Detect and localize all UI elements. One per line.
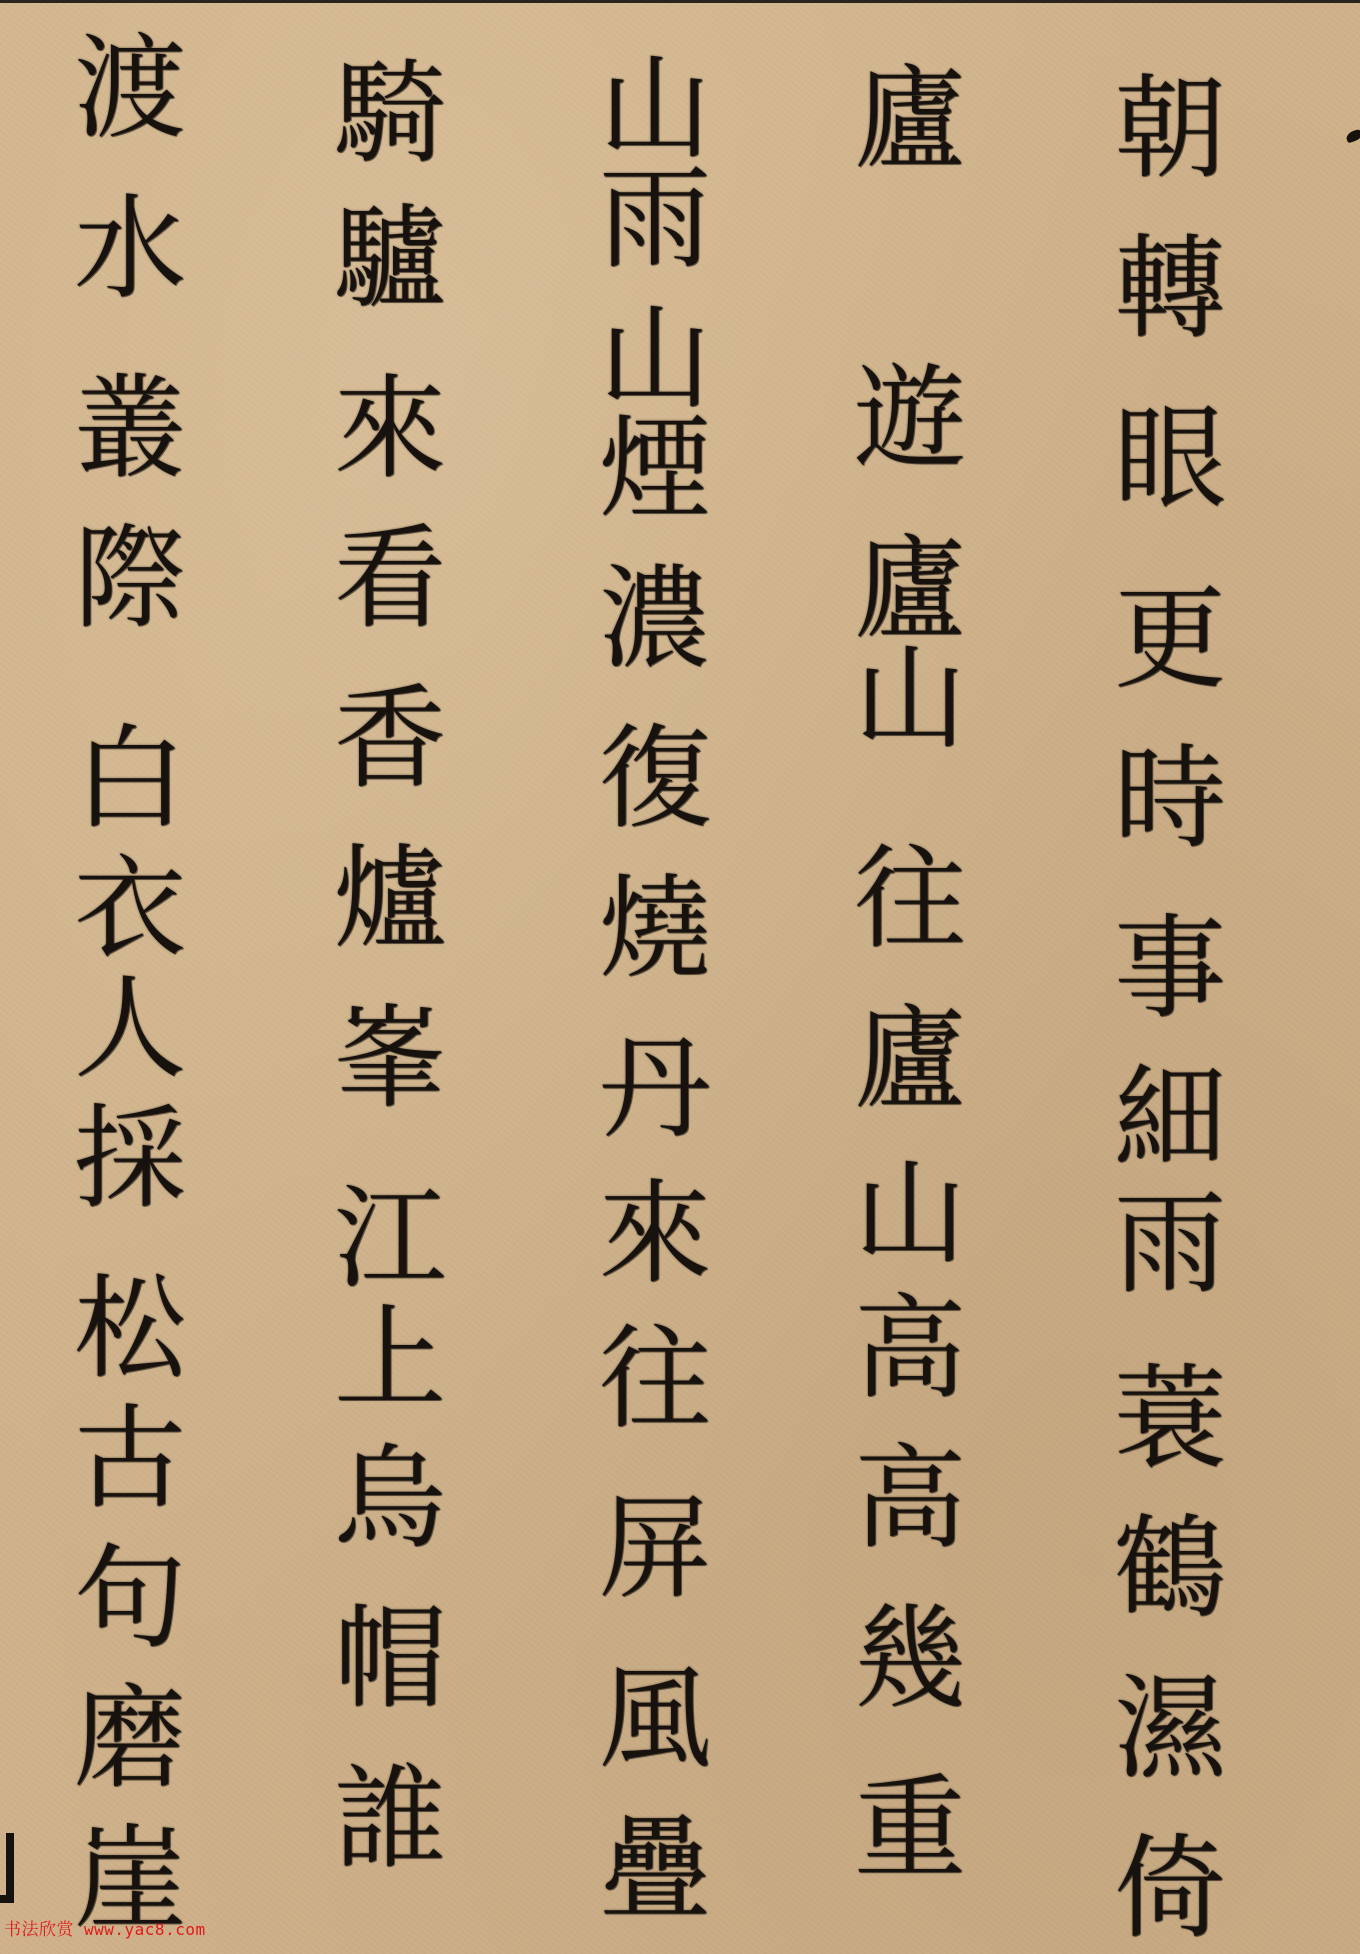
calligraphy-character: 山 xyxy=(825,643,995,755)
calligraphy-character: 廬 xyxy=(825,533,995,645)
calligraphy-character: 磨 xyxy=(45,1683,215,1795)
calligraphy-character: 烏 xyxy=(305,1443,475,1555)
calligraphy-character: 轉 xyxy=(1085,233,1255,345)
calligraphy-character: 事 xyxy=(1085,913,1255,1025)
calligraphy-character: 山 xyxy=(570,303,740,415)
calligraphy-character: 叢 xyxy=(45,373,215,485)
calligraphy-character: 廬 xyxy=(825,63,995,175)
calligraphy-character: 上 xyxy=(305,1303,475,1415)
calligraphy-character: 句 xyxy=(45,1543,215,1655)
calligraphy-character: 來 xyxy=(570,1178,740,1290)
calligraphy-character: 風 xyxy=(570,1663,740,1775)
text-column-4: 騎驢來看香爐峯江上烏帽誰 xyxy=(305,3,475,1954)
partial-character-left-edge xyxy=(0,1833,14,1903)
calligraphy-character: 細 xyxy=(1085,1063,1255,1175)
calligraphy-character: 江 xyxy=(305,1183,475,1295)
calligraphy-character: 香 xyxy=(305,683,475,795)
calligraphy-character: 山 xyxy=(825,1158,995,1270)
text-column-1: 朝轉眼更時事細雨蓑鶴濕倚 xyxy=(1085,3,1255,1954)
calligraphy-character: 煙 xyxy=(570,413,740,525)
calligraphy-character: 誰 xyxy=(305,1763,475,1875)
calligraphy-character: 朝 xyxy=(1085,73,1255,185)
calligraphy-character: 峯 xyxy=(305,1003,475,1115)
calligraphy-character: 渡 xyxy=(45,33,215,145)
calligraphy-character: 復 xyxy=(570,723,740,835)
calligraphy-character: 來 xyxy=(305,373,475,485)
calligraphy-character: 爐 xyxy=(305,843,475,955)
calligraphy-character: 重 xyxy=(825,1773,995,1885)
calligraphy-character: 往 xyxy=(570,1323,740,1435)
calligraphy-character: 驢 xyxy=(305,203,475,315)
calligraphy-character: 更 xyxy=(1085,583,1255,695)
calligraphy-character: 雨 xyxy=(1085,1188,1255,1300)
calligraphy-character: 幾 xyxy=(825,1603,995,1715)
calligraphy-character: 古 xyxy=(45,1403,215,1515)
calligraphy-character: 帽 xyxy=(305,1603,475,1715)
calligraphy-scroll: 朝轉眼更時事細雨蓑鶴濕倚廬遊廬山往廬山高高幾重山雨山煙濃復燒丹來往屏風疊騎驢來看… xyxy=(0,0,1360,1954)
calligraphy-character: 看 xyxy=(305,523,475,635)
calligraphy-character: 遊 xyxy=(825,363,995,475)
calligraphy-character: 山 xyxy=(570,53,740,165)
calligraphy-character: 廬 xyxy=(825,1003,995,1115)
calligraphy-character: 丹 xyxy=(570,1033,740,1145)
calligraphy-character: 雨 xyxy=(570,163,740,275)
calligraphy-character: 高 xyxy=(825,1293,995,1405)
calligraphy-character: 倚 xyxy=(1085,1833,1255,1945)
watermark: 书法欣赏www.yac8.com xyxy=(4,1915,206,1940)
watermark-url[interactable]: www.yac8.com xyxy=(84,1920,206,1939)
calligraphy-character: 眼 xyxy=(1085,403,1255,515)
text-column-3: 山雨山煙濃復燒丹來往屏風疊 xyxy=(570,3,740,1954)
calligraphy-character: 往 xyxy=(825,843,995,955)
text-column-5: 渡水叢際白衣人採松古句磨崖 xyxy=(45,3,215,1954)
calligraphy-character: 騎 xyxy=(305,58,475,170)
calligraphy-character: 鶴 xyxy=(1085,1513,1255,1625)
calligraphy-character: 屏 xyxy=(570,1493,740,1605)
watermark-label: 书法欣赏 xyxy=(4,1920,74,1940)
text-column-2: 廬遊廬山往廬山高高幾重 xyxy=(825,3,995,1954)
calligraphy-character: 燒 xyxy=(570,873,740,985)
calligraphy-character: 松 xyxy=(45,1273,215,1385)
calligraphy-character: 濕 xyxy=(1085,1673,1255,1785)
calligraphy-character: 衣 xyxy=(45,853,215,965)
calligraphy-character: 採 xyxy=(45,1103,215,1215)
calligraphy-character: 濃 xyxy=(570,563,740,675)
calligraphy-character: 際 xyxy=(45,523,215,635)
calligraphy-character: 人 xyxy=(45,973,215,1085)
calligraphy-character: 白 xyxy=(45,723,215,835)
calligraphy-character: 疊 xyxy=(570,1813,740,1925)
calligraphy-character: 蓑 xyxy=(1085,1363,1255,1475)
ink-mark-right-edge xyxy=(1345,129,1360,144)
calligraphy-character: 高 xyxy=(825,1443,995,1555)
calligraphy-character: 時 xyxy=(1085,743,1255,855)
calligraphy-character: 水 xyxy=(45,193,215,305)
